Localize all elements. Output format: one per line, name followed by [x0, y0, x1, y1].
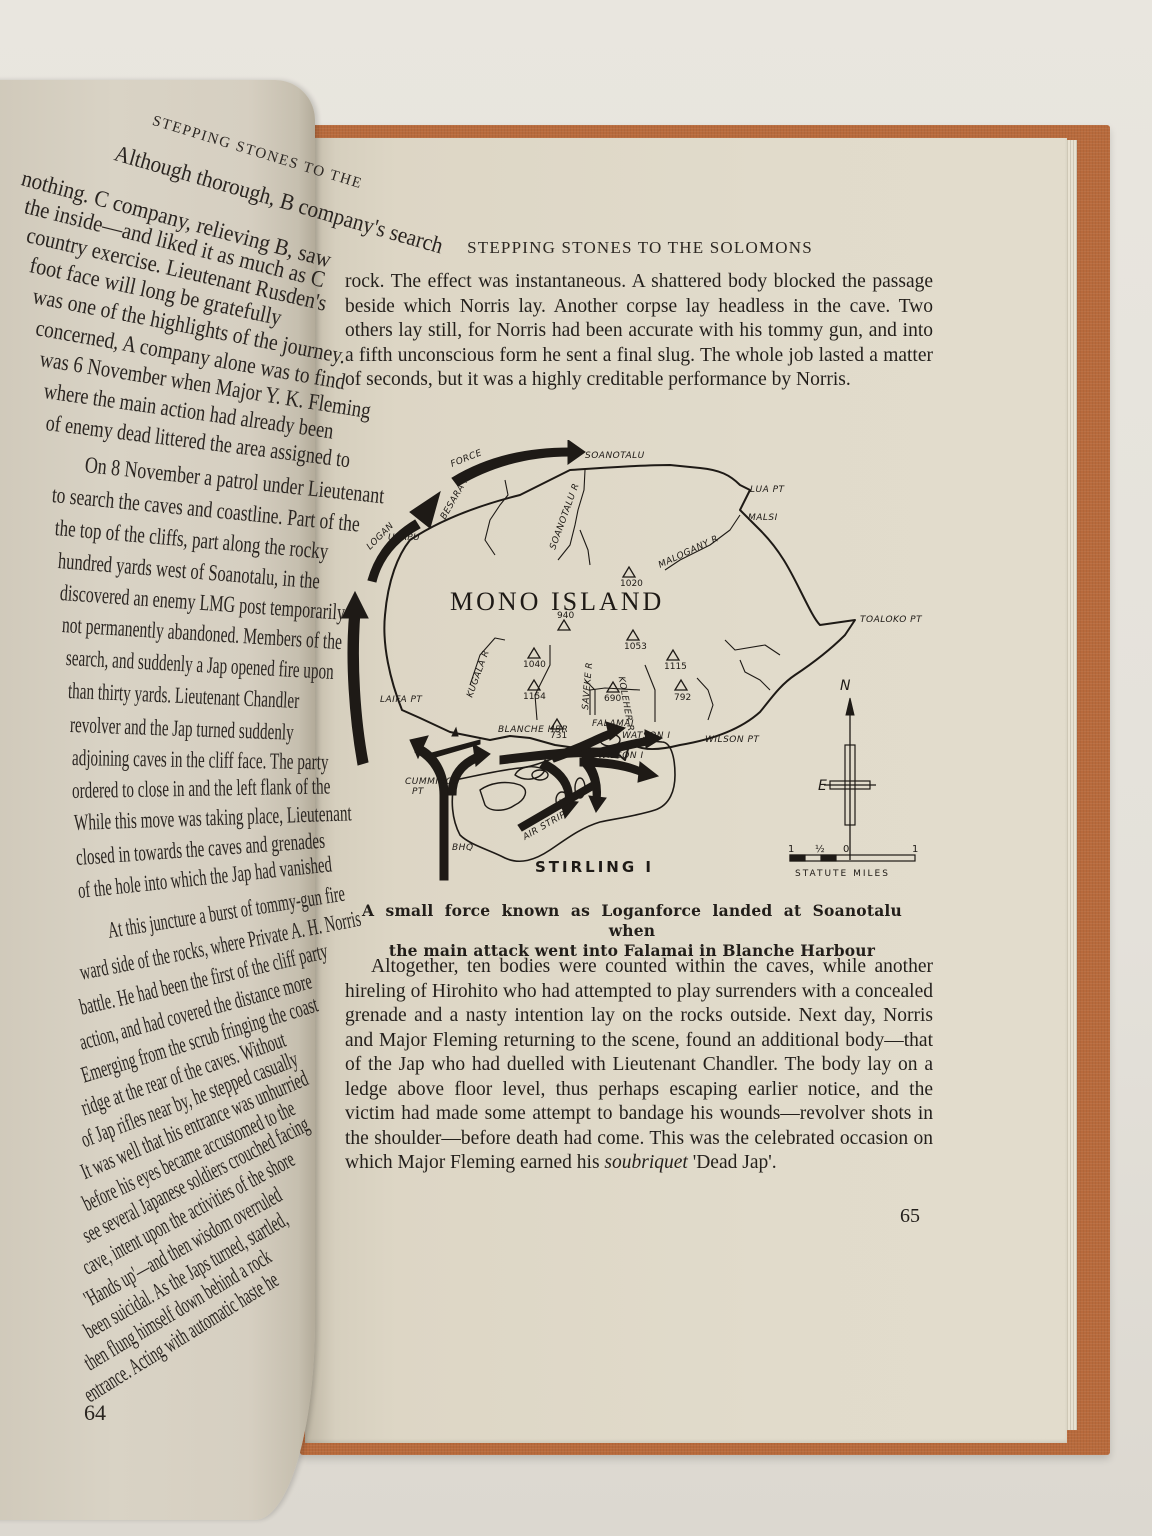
elevation-label: 1053: [624, 642, 647, 652]
caption-line: A small force known as Loganforce landed…: [362, 901, 902, 941]
place-label: SOANOTALU: [585, 451, 645, 461]
paragraph-text: Altogether, ten bodies were counted with…: [345, 956, 933, 1173]
map-title: MONO ISLAND: [450, 587, 664, 616]
page-number-left: 64: [84, 1400, 106, 1426]
scale-tick: ½: [815, 843, 825, 855]
river-label: KUGALA R: [465, 649, 491, 699]
elevation-label: 1040: [523, 660, 546, 670]
place-label: PT: [412, 787, 425, 797]
river-label: MALOGANY R: [657, 534, 720, 571]
italic-word: soubriquet: [604, 1152, 687, 1173]
scale-tick: 1: [912, 844, 918, 855]
map-caption: A small force known as Loganforce landed…: [362, 901, 902, 961]
compass-north: N: [840, 678, 851, 694]
elevation-label: 1115: [664, 662, 687, 672]
text-line: ordered to close in and the left flank o…: [72, 773, 331, 804]
main-landing-stem: [415, 745, 448, 880]
place-label: MALSI: [748, 513, 778, 523]
place-label: TOALOKO PT: [860, 615, 923, 625]
stirling-island-label: STIRLING I: [535, 858, 654, 876]
place-label: WILSON I: [598, 751, 644, 761]
river-label: SAVEKE R: [581, 662, 595, 711]
ship-icon: [428, 728, 480, 758]
page-number-right: 65: [900, 1205, 920, 1228]
elevation-label: 792: [674, 693, 691, 703]
scale-tick: 0: [843, 844, 849, 855]
compass-rose: [824, 698, 876, 860]
bottom-paragraph: Altogether, ten bodies were counted with…: [345, 955, 933, 1176]
place-label: WATSON I: [622, 731, 671, 741]
paragraph-text: 'Dead Jap'.: [688, 1152, 777, 1173]
place-label: WILSON PT: [705, 735, 760, 745]
top-paragraph: rock. The effect was instantaneous. A sh…: [345, 270, 933, 393]
place-label: BHQ: [452, 843, 474, 853]
text-line: revolver and the Jap turned suddenly: [70, 712, 295, 746]
compass-east: E: [818, 778, 827, 794]
place-label: LAIFA PT: [380, 695, 423, 705]
paragraph-text: rock. The effect was instantaneous. A sh…: [345, 270, 933, 393]
elevation-label: 1154: [523, 692, 546, 702]
place-label: BLANCHE HBR: [498, 725, 568, 735]
scale-units: STATUTE MILES: [795, 869, 890, 879]
scale-tick: 1: [788, 844, 794, 855]
place-label: ULAPU: [388, 533, 420, 543]
text-line: than thirty yards. Lieutenant Chandler: [67, 678, 299, 714]
running-head-right: STEPPING STONES TO THE SOLOMONS: [400, 238, 880, 258]
scale-bar: [790, 855, 915, 861]
loganforce-arrow-lower: [348, 610, 368, 765]
place-label: CUMMINGS: [405, 777, 459, 787]
left-page-text: Although thorough, B company's search no…: [0, 0, 330, 1536]
place-label: LUA PT: [750, 485, 786, 495]
mono-island-map: 1020 940 1053 1040 1115 1154 690 792 731…: [340, 440, 940, 890]
text-line: adjoining caves in the cliff face. The p…: [72, 745, 329, 775]
